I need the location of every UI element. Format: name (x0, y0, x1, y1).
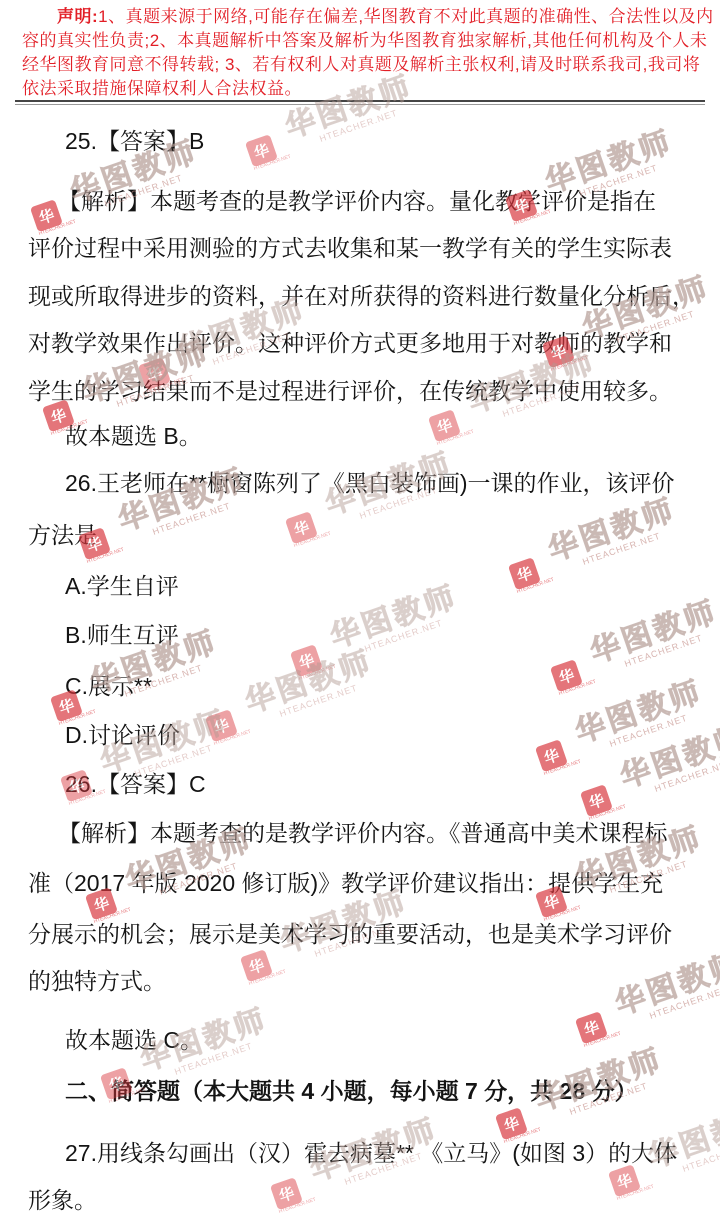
section-heading: 二、简答题（本大题共 4 小题，每小题 7 分，共 28 分） (65, 1078, 638, 1104)
huatu-logo-icon: 华 (245, 134, 278, 167)
huatu-logo-icon: 华 (205, 709, 238, 742)
huatu-logo-icon: 华 (290, 644, 323, 677)
watermark-logo-caption: HTEACHER.NET (583, 1032, 621, 1049)
watermark-site-text: HTEACHER.NET (363, 611, 464, 653)
huatu-logo-icon: 华 (428, 409, 461, 442)
huatu-watermark: 华HTEACHER.NET华图教师HTEACHER.NET (575, 720, 720, 822)
watermark-brand-text: 华图教师 (241, 645, 377, 719)
watermark-logo-caption: HTEACHER.NET (543, 760, 581, 777)
question-26-line-1: 26.王老师在**橱窗陈列了《黑白装饰画)一课的作业，该评价 (65, 470, 675, 496)
watermark-logo-caption: HTEACHER.NET (248, 970, 286, 987)
watermark-brand-text: 华图教师 (326, 580, 462, 654)
huatu-logo-icon: 华HTEACHER.NET (530, 720, 582, 777)
document-page: 声明:1、真题来源于网络,可能存在偏差,华图教育不对此真题的准确性、合法性以及内… (0, 0, 720, 1221)
huatu-logo-icon: 华 (580, 784, 613, 817)
huatu-watermark: 华HTEACHER.NET华图教师HTEACHER.NET (503, 493, 685, 595)
disclaimer-line-3: 经华图教育同意不得转载; 3、若有权利人对真题及解析主张权利,请及时联系我司,我… (22, 56, 700, 73)
disclaimer-line-2: 容的真实性负责;2、本真题解析中答案及解析为华图教育独家解析,其他任何机构及个人… (22, 32, 707, 49)
watermark-brand-text: 华图教师 (586, 595, 720, 669)
analysis-26-line-4: 的独特方式。 (28, 968, 166, 994)
watermark-site-text: HTEACHER.NET (623, 626, 720, 668)
watermark-logo-caption: HTEACHER.NET (298, 665, 336, 682)
huatu-logo-icon: 华 (508, 557, 541, 590)
answer-line-26: 26.【答案】C (65, 771, 206, 797)
huatu-logo-icon: 华 (550, 659, 583, 692)
analysis-25-line-4: 对教学效果作出评价。这种评价方式更多地用于对教师的教学和 (28, 330, 672, 356)
answer-line-25: 25.【答案】B (65, 128, 204, 154)
watermark-site-text: HTEACHER.NET (581, 524, 682, 566)
disclaimer-line-1: 声明:1、真题来源于网络,可能存在偏差,华图教育不对此真题的准确性、合法性以及内 (57, 8, 714, 25)
watermark-brand-text: 华图教师 (616, 720, 720, 794)
conclusion-25: 故本题选 B。 (65, 423, 202, 449)
huatu-watermark: 华HTEACHER.NET华图教师HTEACHER.NET (530, 675, 712, 777)
huatu-watermark: 华HTEACHER.NET华图教师HTEACHER.NET (570, 947, 720, 1049)
huatu-logo-icon: 华 (608, 1164, 641, 1197)
huatu-logo-icon: 华HTEACHER.NET (503, 538, 555, 595)
watermark-brand-text: 华图教师 (571, 675, 707, 749)
huatu-logo-icon: 华 (535, 739, 568, 772)
watermark-site-text: HTEACHER.NET (608, 706, 709, 748)
watermark-brand-text: 华图教师 (544, 493, 680, 567)
watermark-logo-caption: HTEACHER.NET (253, 155, 291, 172)
watermark-logo-caption: HTEACHER.NET (278, 1198, 316, 1215)
watermark-site-text: HTEACHER.NET (278, 676, 379, 718)
huatu-logo-icon: 华HTEACHER.NET (285, 625, 337, 682)
watermark-site-text: HTEACHER.NET (648, 978, 720, 1020)
analysis-25-line-2: 评价过程中采用测验的方式去收集和某一教学有关的学生实际表 (28, 235, 672, 261)
question-27-line-1: 27.用线条勾画出（汉）霍去病墓** 《立马》(如图 3）的大体 (65, 1140, 677, 1166)
watermark-logo-caption: HTEACHER.NET (616, 1185, 654, 1202)
huatu-logo-icon: 华HTEACHER.NET (200, 690, 252, 747)
option-c: C.展示** (65, 673, 152, 699)
analysis-26-line-2: 准（2017 年版 2020 修订版)》教学评价建议指出：提供学生充 (28, 870, 663, 896)
watermark-logo-caption: HTEACHER.NET (550, 356, 588, 373)
huatu-logo-icon: 华HTEACHER.NET (575, 765, 627, 822)
disclaimer-text-1: 1、真题来源于网络,可能存在偏差,华图教育不对此真题的准确性、合法性以及内 (98, 7, 713, 26)
question-27-line-2: 形象。 (28, 1187, 97, 1213)
watermark-logo-caption: HTEACHER.NET (213, 730, 251, 747)
watermark-site-text: HTEACHER.NET (653, 751, 720, 793)
watermark-logo-caption: HTEACHER.NET (86, 548, 124, 565)
watermark-logo-caption: HTEACHER.NET (436, 430, 474, 447)
option-b: B.师生互评 (65, 622, 179, 648)
conclusion-26: 故本题选 C。 (65, 1027, 203, 1053)
huatu-logo-icon: 华 (285, 511, 318, 544)
watermark-brand-text: 华图教师 (611, 947, 720, 1021)
separator-rule (15, 100, 705, 105)
disclaimer-line-4: 依法采取措施保障权利人合法权益。 (22, 80, 302, 97)
analysis-26-line-1: 【解析】本题考查的是教学评价内容。《普通高中美术课程标 (58, 820, 668, 846)
analysis-25-line-5: 学生的学习结果而不是过程进行评价，在传统教学中使用较多。 (28, 378, 672, 404)
disclaimer-label: 声明: (57, 7, 98, 26)
huatu-logo-icon: 华HTEACHER.NET (240, 115, 292, 172)
huatu-logo-icon: 华 (575, 1011, 608, 1044)
option-d: D.讨论评价 (65, 722, 180, 748)
huatu-logo-icon: 华HTEACHER.NET (545, 640, 597, 697)
huatu-logo-icon: 华 (495, 1107, 528, 1140)
watermark-site-text: HTEACHER.NET (151, 494, 252, 536)
huatu-logo-icon: 华 (270, 1177, 303, 1210)
watermark-logo-caption: HTEACHER.NET (516, 578, 554, 595)
option-a: A.学生自评 (65, 573, 179, 599)
analysis-25-line-1: 【解析】本题考查的是教学评价内容。量化教学评价是指在 (58, 188, 656, 214)
huatu-watermark: 华HTEACHER.NET华图教师HTEACHER.NET (280, 447, 462, 549)
huatu-logo-icon: 华 (240, 949, 273, 982)
watermark-logo-caption: HTEACHER.NET (293, 532, 331, 549)
watermark-logo-caption: HTEACHER.NET (558, 680, 596, 697)
huatu-watermark: 华HTEACHER.NET华图教师HTEACHER.NET (200, 645, 382, 747)
huatu-logo-icon: 华HTEACHER.NET (265, 1158, 317, 1215)
question-26-line-2: 方法是 (28, 522, 97, 548)
watermark-site-text: HTEACHER.NET (681, 1131, 720, 1173)
huatu-watermark: 华HTEACHER.NET华图教师HTEACHER.NET (545, 595, 720, 697)
analysis-26-line-3: 分展示的机会；展示是美术学习的重要活动，也是美术学习评价 (28, 921, 672, 947)
watermark-site-text: HTEACHER.NET (318, 101, 419, 143)
huatu-logo-icon: 华HTEACHER.NET (570, 992, 622, 1049)
huatu-logo-icon: 华HTEACHER.NET (280, 492, 332, 549)
analysis-25-line-3: 现或所取得进步的资料，并在对所获得的资料进行数量化分析后， (28, 283, 695, 309)
huatu-watermark: 华HTEACHER.NET华图教师HTEACHER.NET (285, 580, 467, 682)
